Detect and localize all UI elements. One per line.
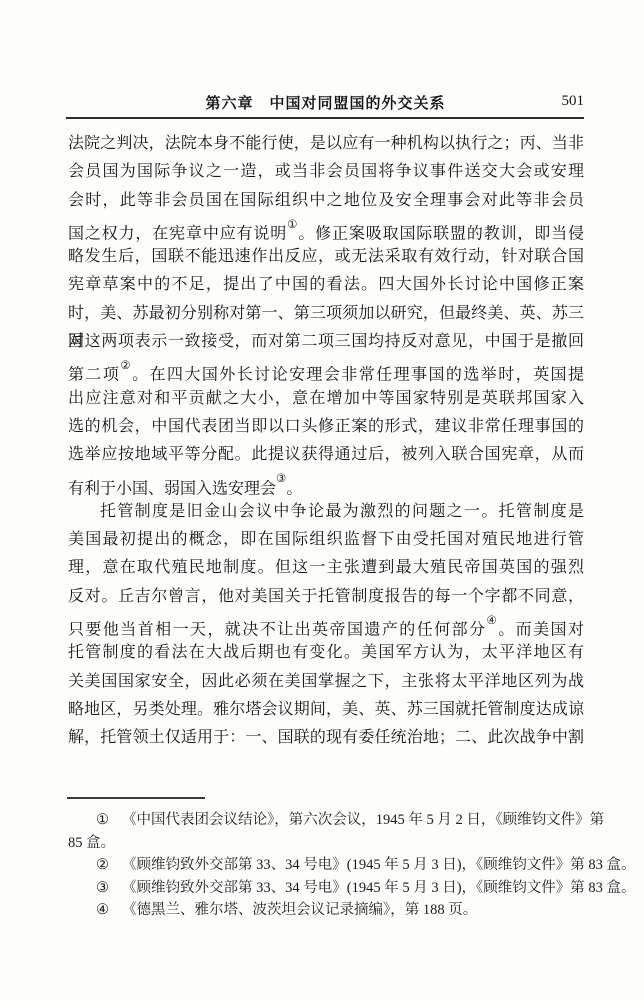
body-line: 托管制度是旧金山会议中争论最为激烈的问题之一。托管制度是 xyxy=(68,498,584,526)
footnote-marker: ① xyxy=(96,812,109,828)
body-line: 选的机会，中国代表团当即以口头修正案的形式，建议非常任理事国的 xyxy=(68,413,584,441)
page-header: 第六章 中国对同盟国的外交关系 501 xyxy=(67,92,584,114)
body-line: 时，美、苏最初分别称对第一、第三项须加以研究，但最终美、英、苏三国 xyxy=(68,300,584,328)
body-line: 略地区，另类处理。雅尔塔会议期间，美、英、苏三国就托管制度达成谅 xyxy=(68,696,584,724)
body-line: 宪章草案中的不足，提出了中国的看法。四大国外长讨论中国修正案 xyxy=(68,271,584,299)
book-page: 第六章 中国对同盟国的外交关系 501 法院之判决，法院本身不能行使，是以应有一… xyxy=(0,0,644,1000)
body-line: 解，托管领土仅适用于：一、国联的现有委任统治地；二、此次战争中割 xyxy=(68,724,584,752)
body-line: 托管制度的看法在大战后期也有变化。美国军方认为，太平洋地区有 xyxy=(68,639,584,667)
footnote-line: ④《德黑兰、雅尔塔、波茨坦会议记录摘编》，第 188 页。 xyxy=(68,899,593,922)
footnote-line: ③《顾维钧致外交部第 33、34 号电》(1945 年 5 月 3 日)，《顾维… xyxy=(68,877,593,900)
footnote-marker: ④ xyxy=(96,902,109,918)
body-line: 略发生后，国联不能迅速作出反应，或无法采取有效行动，针对联合国 xyxy=(68,243,584,271)
body-line: 国之权力，在宪章中应有说明①。修正案吸取国际联盟的教训，即当侵 xyxy=(68,215,584,243)
body-line: 出应注意对和平贡献之大小，意在增加中等国家特别是英联邦国家入 xyxy=(68,385,584,413)
footnote-line: ①《中国代表团会议结论》，第六次会议，1945 年 5 月 2 日，《顾维钧文件… xyxy=(68,809,593,832)
body-line: 反对。丘吉尔曾言，他对美国关于托管制度报告的每一个字都不同意， xyxy=(68,583,584,611)
footnote-ref: ② xyxy=(120,360,132,372)
body-line: 对这两项表示一致接受，而对第二项三国均持反对意见，中国于是撤回 xyxy=(68,328,584,356)
body-line: 会员国为国际争议之一造，或当非会员国将争议事件送交大会或安理 xyxy=(68,158,584,186)
header-rule xyxy=(66,117,584,119)
body-text: 法院之判决，法院本身不能行使，是以应有一种机构以执行之；丙、当非会员国为国际争议… xyxy=(68,130,584,753)
footnote-line: ②《顾维钧致外交部第 33、34 号电》(1945 年 5 月 3 日)，《顾维… xyxy=(68,854,593,877)
footnote-ref: ③ xyxy=(276,473,286,485)
footnote-ref: ④ xyxy=(486,615,498,627)
footnote-marker: ③ xyxy=(96,880,109,896)
footnotes: ①《中国代表团会议结论》，第六次会议，1945 年 5 月 2 日，《顾维钧文件… xyxy=(68,809,593,922)
body-line: 法院之判决，法院本身不能行使，是以应有一种机构以执行之；丙、当非 xyxy=(68,130,584,158)
body-line: 理，意在取代殖民地制度。但这一主张遭到最大殖民帝国英国的强烈 xyxy=(68,554,584,582)
footnote-ref: ① xyxy=(287,219,298,231)
footnote-line: 85 盒。 xyxy=(68,832,593,855)
body-line: 选举应按地域平等分配。此提议获得通过后，被列入联合国宪章，从而 xyxy=(68,441,584,469)
body-line: 关美国国家安全，因此必须在美国掌握之下，主张将太平洋地区列为战 xyxy=(68,668,584,696)
body-line: 有利于小国、弱国入选安理会③。 xyxy=(68,470,584,498)
footnote-separator xyxy=(67,797,205,799)
footnote-marker: ② xyxy=(96,857,109,873)
chapter-title: 第六章 中国对同盟国的外交关系 xyxy=(67,92,584,113)
body-line: 美国最初提出的概念，即在国际组织监督下由受托国对殖民地进行管 xyxy=(68,526,584,554)
body-line: 会时，此等非会员国在国际组织中之地位及安全理事会对此等非会员 xyxy=(68,187,584,215)
body-line: 第二项②。在四大国外长讨论安理会非常任理事国的选举时，英国提 xyxy=(68,356,584,384)
page-number: 501 xyxy=(562,93,585,110)
body-line: 只要他当首相一天，就决不让出英帝国遗产的任何部分④。而美国对 xyxy=(68,611,584,639)
